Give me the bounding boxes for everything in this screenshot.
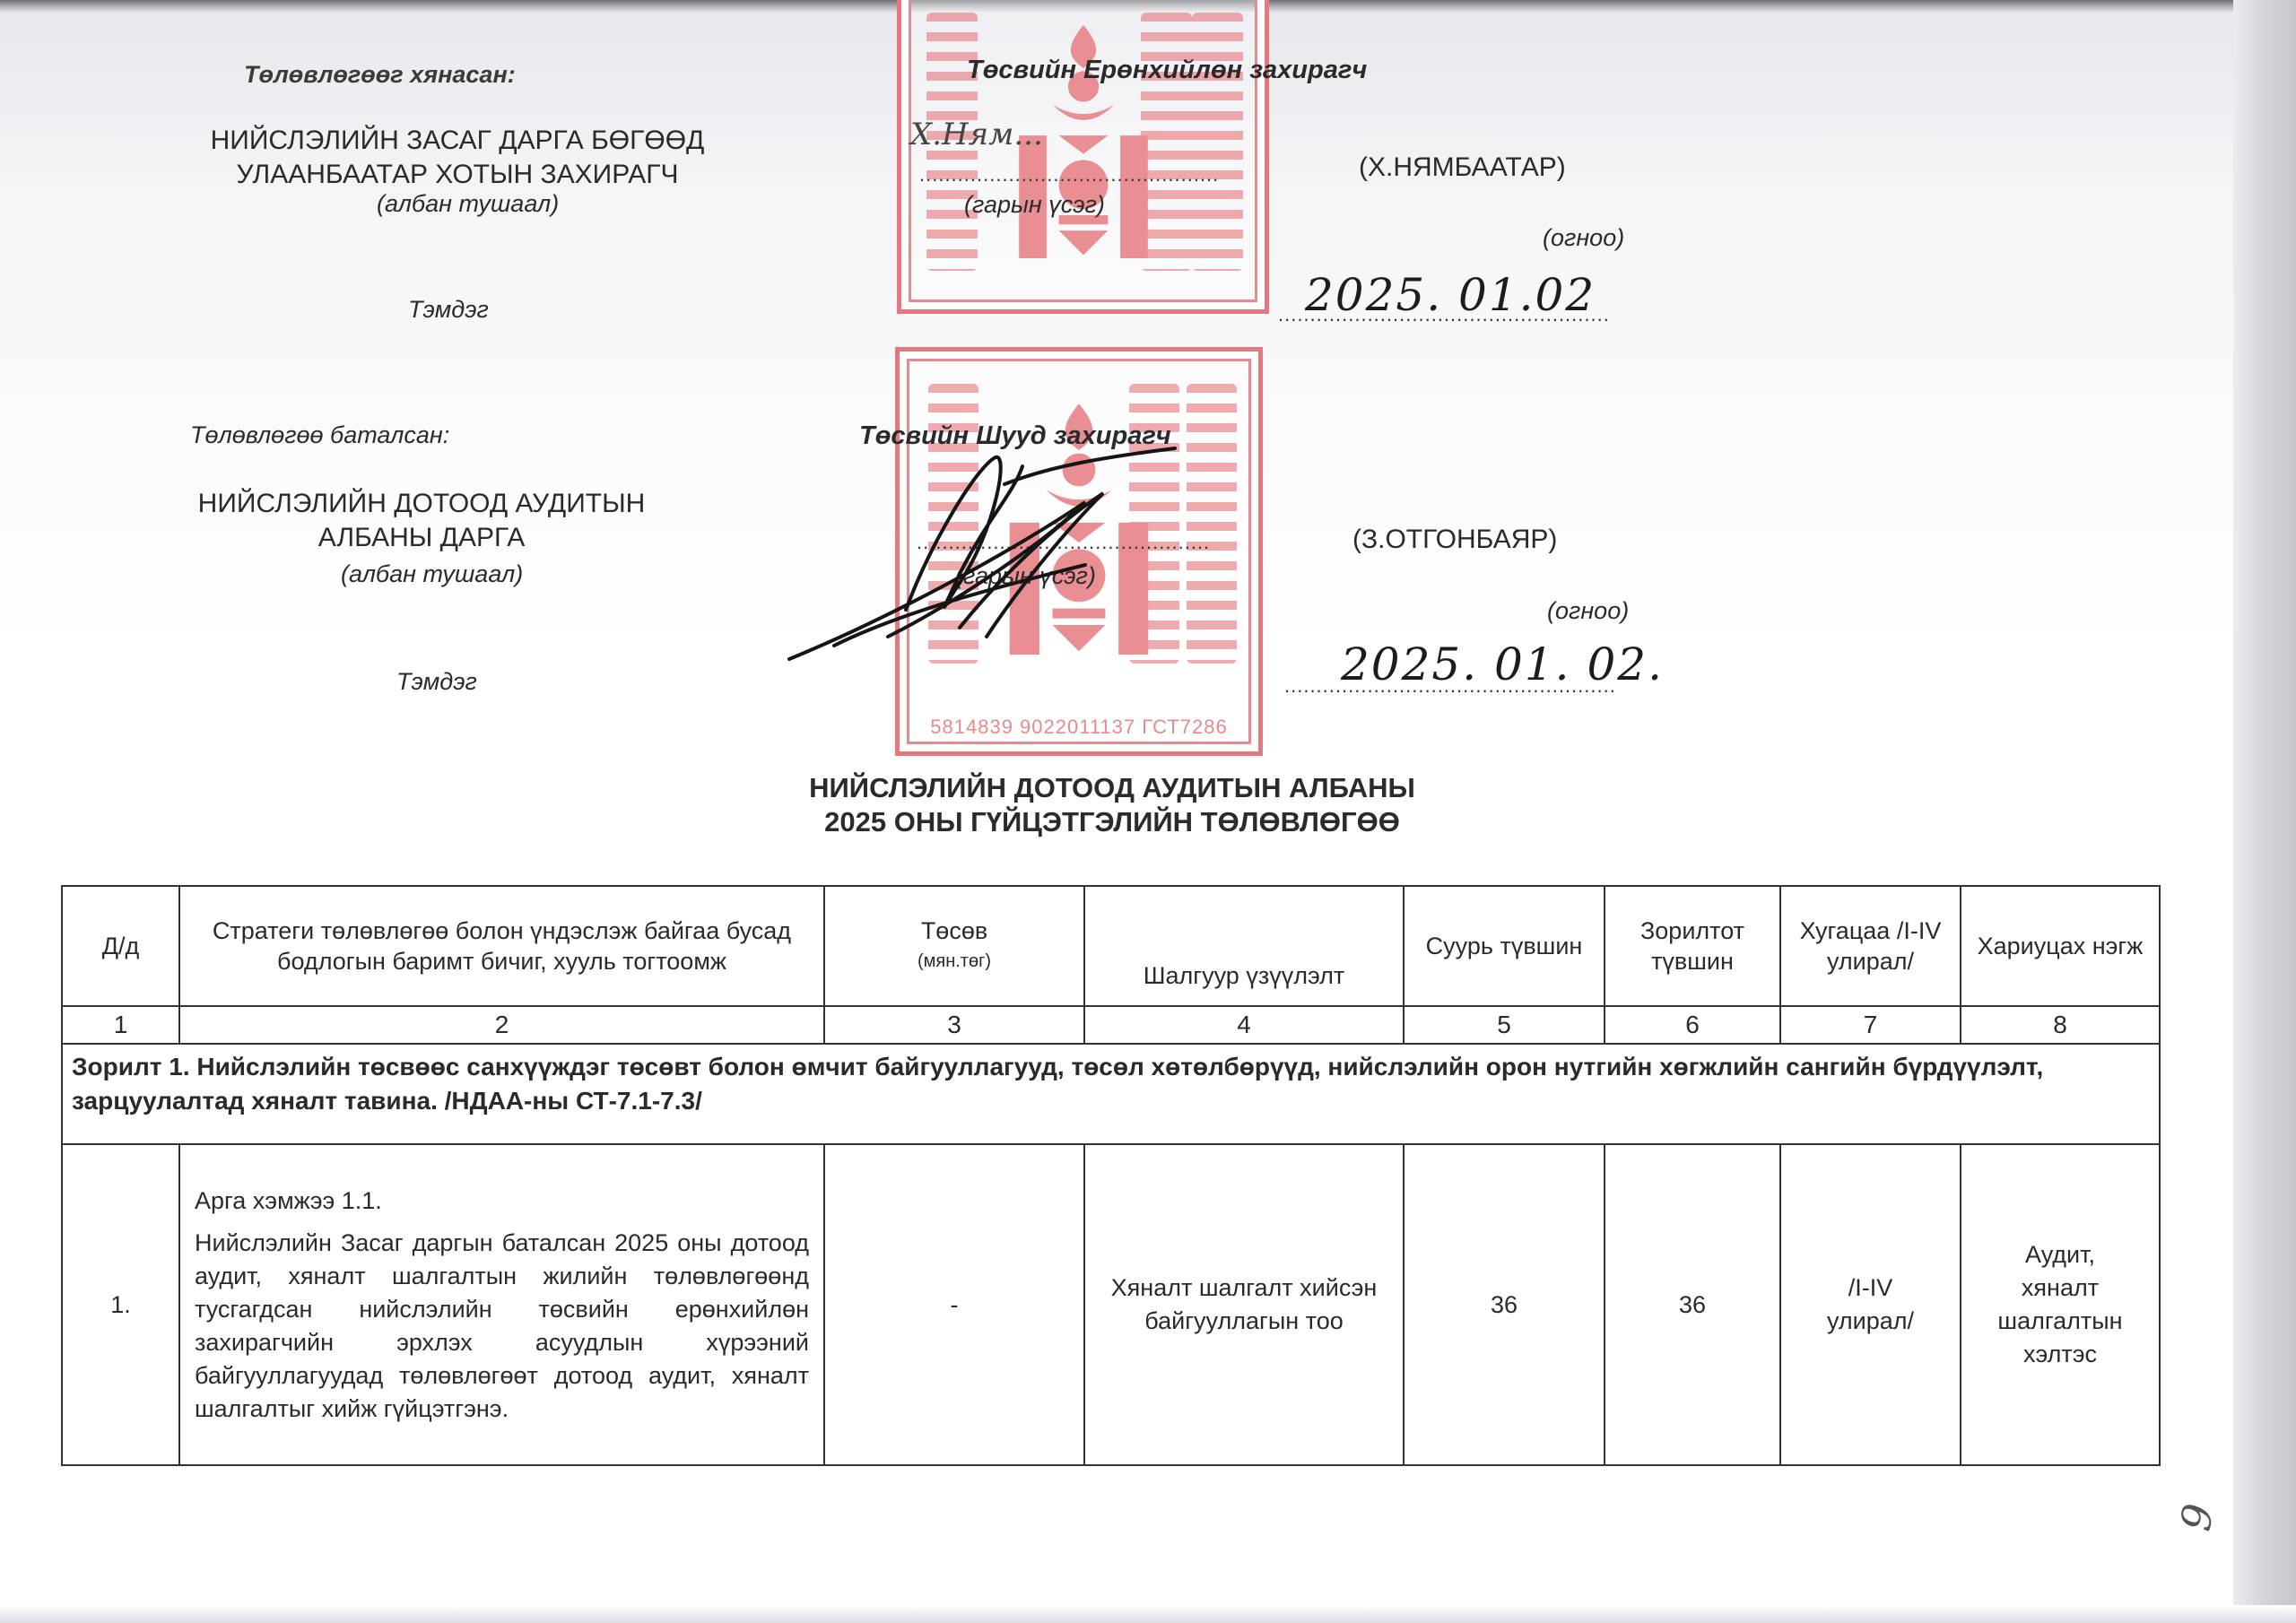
approver-seal-label: Тэмдэг xyxy=(396,668,477,696)
approver-name: (З.ОТГОНБАЯР) xyxy=(1352,525,1557,555)
approver-date-line: ........................................… xyxy=(1284,674,1616,698)
header-budget: Төсөв (мян.төг) xyxy=(824,886,1084,1006)
row-action: Арга хэмжээ 1.1. Нийслэлийн Засаг даргын… xyxy=(179,1144,824,1465)
column-number: 3 xyxy=(824,1006,1084,1044)
reviewer-org-line2: УЛААНБААТАР ХОТЫН ЗАХИРАГЧ xyxy=(197,158,717,192)
reviewer-date-caption: (огноо) xyxy=(1543,224,1624,252)
page-bottom-edge xyxy=(0,1605,2296,1623)
action-title: Арга хэмжээ 1.1. xyxy=(195,1185,809,1218)
reviewed-label: Төлөвлөгөөг хянасан: xyxy=(244,61,516,89)
reviewer-name: (Х.НЯМБААТАР) xyxy=(1359,152,1566,183)
approver-date-caption: (огноо) xyxy=(1547,597,1629,625)
reviewer-organization: НИЙСЛЭЛИЙН ЗАСАГ ДАРГА БӨГӨӨД УЛААНБААТА… xyxy=(197,124,717,192)
reviewer-signature-caption: (гарын үсэг) xyxy=(964,191,1105,219)
row-budget: - xyxy=(824,1144,1084,1465)
page-right-edge xyxy=(2233,0,2296,1623)
reviewer-signature: Х.Ням... xyxy=(910,117,1043,152)
header-criteria: Шалгуур үзүүлэлт xyxy=(1084,886,1404,1006)
row-deadline: /I-IV улирал/ xyxy=(1780,1144,1961,1465)
column-number: 1 xyxy=(62,1006,179,1044)
header-target: Зорилтот түвшин xyxy=(1605,886,1780,1006)
header-budget-label: Төсөв xyxy=(834,916,1074,946)
reviewer-seal-label: Тэмдэг xyxy=(408,296,489,324)
column-number: 4 xyxy=(1084,1006,1404,1044)
column-number: 2 xyxy=(179,1006,824,1044)
official-stamp-top xyxy=(897,0,1269,314)
table-header-row: Д/д Стратеги төлөвлөгөө болон үндэслэж б… xyxy=(62,886,2160,1006)
column-number: 5 xyxy=(1404,1006,1605,1044)
reviewer-signature-line: ........................................… xyxy=(919,163,1219,187)
goal-row: Зорилт 1. Нийслэлийн төсвөөс санхүүждэг … xyxy=(62,1044,2160,1144)
mongolian-script-right-2 xyxy=(1192,13,1243,271)
row-no: 1. xyxy=(62,1144,179,1465)
row-baseline: 36 xyxy=(1404,1144,1605,1465)
approved-label: Төлөвлөгөө баталсан: xyxy=(190,421,449,449)
header-deadline: Хугацаа /I-IV улирал/ xyxy=(1780,886,1961,1006)
action-description: Нийслэлийн Засаг даргын баталсан 2025 он… xyxy=(195,1227,809,1426)
row-target: 36 xyxy=(1605,1144,1780,1465)
approver-org-line1: НИЙСЛЭЛИЙН ДОТООД АУДИТЫН xyxy=(179,487,664,521)
document-title-line1: НИЙСЛЭЛИЙН ДОТООД АУДИТЫН АЛБАНЫ xyxy=(0,771,2224,805)
reviewer-date-line: ........................................… xyxy=(1278,303,1610,326)
approver-organization: НИЙСЛЭЛИЙН ДОТООД АУДИТЫН АЛБАНЫ ДАРГА xyxy=(179,487,664,555)
approver-org-line2: АЛБАНЫ ДАРГА xyxy=(179,521,664,555)
reviewer-position-caption: (албан тушаал) xyxy=(377,190,559,218)
row-criteria: Хяналт шалгалт хийсэн байгууллагын тоо xyxy=(1084,1144,1404,1465)
document-title: НИЙСЛЭЛИЙН ДОТООД АУДИТЫН АЛБАНЫ 2025 ОН… xyxy=(0,771,2224,839)
table-row: 1. Арга хэмжээ 1.1. Нийслэлийн Засаг дар… xyxy=(62,1144,2160,1465)
approver-signature-scribble xyxy=(780,430,1211,673)
performance-plan-table: Д/д Стратеги төлөвлөгөө болон үндэслэж б… xyxy=(61,885,2161,1466)
column-number: 6 xyxy=(1605,1006,1780,1044)
header-budget-unit: (мян.төг) xyxy=(834,946,1074,976)
column-number: 7 xyxy=(1780,1006,1961,1044)
header-no: Д/д xyxy=(62,886,179,1006)
row-responsible: Аудит, хяналт шалгалтын хэлтэс xyxy=(1961,1144,2160,1465)
document-title-line2: 2025 ОНЫ ГҮЙЦЭТГЭЛИЙН ТӨЛӨВЛӨГӨӨ xyxy=(0,805,2224,839)
header-responsible: Хариуцах нэгж xyxy=(1961,886,2160,1006)
reviewer-role: Төсвийн Ерөнхийлөн захирагч xyxy=(967,56,1367,85)
header-baseline: Суурь түвшин xyxy=(1404,886,1605,1006)
goal-text: Зорилт 1. Нийслэлийн төсвөөс санхүүждэг … xyxy=(62,1044,2160,1144)
column-number: 8 xyxy=(1961,1006,2160,1044)
approver-position-caption: (албан тушаал) xyxy=(341,560,523,588)
reviewer-org-line1: НИЙСЛЭЛИЙН ЗАСАГ ДАРГА БӨГӨӨД xyxy=(197,124,717,158)
header-strategy: Стратеги төлөвлөгөө болон үндэслэж байга… xyxy=(179,886,824,1006)
column-number-row: 1 2 3 4 5 6 7 8 xyxy=(62,1006,2160,1044)
stamp-registration-number: 5814839 9022011137 ГСТ7286 xyxy=(900,716,1258,739)
